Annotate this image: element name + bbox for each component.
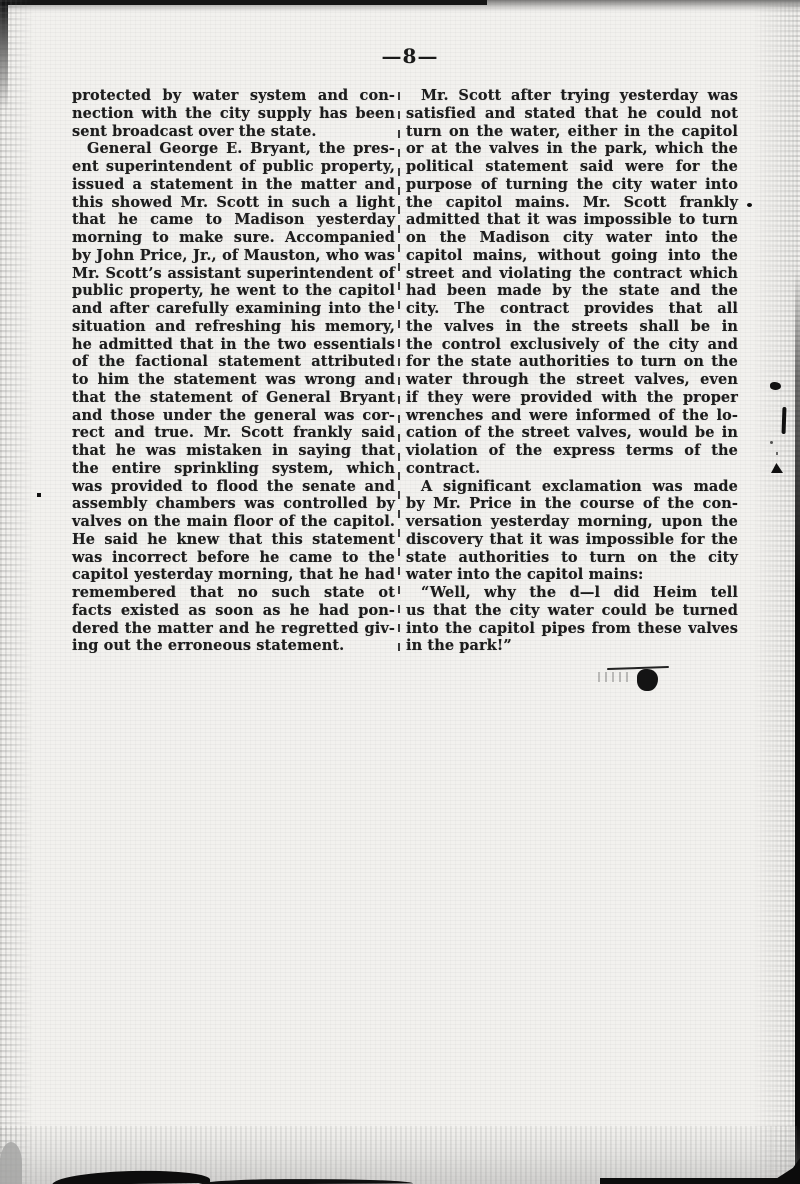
text-line: water through the street valves, even bbox=[406, 371, 738, 389]
text-line: facts existed as soon as he had pon- bbox=[72, 602, 395, 620]
text-line: political statement said were for the bbox=[406, 158, 738, 176]
text-line: of the factional statement attributed bbox=[72, 353, 395, 371]
scan-edge-bottom-left-gray bbox=[0, 1142, 22, 1184]
scan-edge-top-dark-strip bbox=[0, 0, 487, 5]
scan-grain-left bbox=[0, 0, 34, 1184]
text-line: the entire sprinkling system, which bbox=[72, 460, 395, 478]
text-line: discovery that it was impossible for the bbox=[406, 531, 738, 549]
text-line: Mr. Scott’s assistant superintendent of bbox=[72, 265, 395, 283]
margin-ink-mark bbox=[770, 382, 781, 390]
margin-ink-mark bbox=[37, 493, 41, 497]
text-line: satisfied and stated that he could not bbox=[406, 105, 738, 123]
text-line: the capitol mains. Mr. Scott frankly bbox=[406, 194, 738, 212]
text-line: he admitted that in the two essentials bbox=[72, 336, 395, 354]
text-line: us that the city water could be turned bbox=[406, 602, 738, 620]
text-line: that the statement of General Bryant bbox=[72, 389, 395, 407]
text-line: water into the capitol mains: bbox=[406, 566, 738, 584]
text-line: public property, he went to the capitol bbox=[72, 282, 395, 300]
text-line: into the capitol pipes from these valves bbox=[406, 620, 738, 638]
text-line: morning to make sure. Accompanied bbox=[72, 229, 395, 247]
scanned-newspaper-page: —8— protected by water system and con-ne… bbox=[0, 0, 800, 1184]
scan-grain-right bbox=[752, 0, 800, 1184]
text-line: He said he knew that this statement bbox=[72, 531, 395, 549]
margin-ink-mark bbox=[747, 203, 752, 207]
text-line: to him the statement was wrong and bbox=[72, 371, 395, 389]
text-line: that he was mistaken in saying that bbox=[72, 442, 395, 460]
ink-smudge-blob bbox=[637, 669, 658, 691]
text-line: General George E. Bryant, the pres- bbox=[72, 140, 395, 158]
ink-smudge-dots bbox=[598, 672, 632, 682]
text-line: street and violating the contract which bbox=[406, 265, 738, 283]
text-line: turn on the water, either in the capitol bbox=[406, 123, 738, 141]
text-line: wrenches and were informed of the lo- bbox=[406, 407, 738, 425]
text-line: for the state authorities to turn on the bbox=[406, 353, 738, 371]
text-line: was incorrect before he came to the bbox=[72, 549, 395, 567]
text-line: in the park!” bbox=[406, 637, 738, 655]
text-line: by Mr. Price in the course of the con- bbox=[406, 495, 738, 513]
text-line: assembly chambers was controlled by bbox=[72, 495, 395, 513]
ink-smudge-line bbox=[607, 666, 669, 670]
text-line: cation of the street valves, would be in bbox=[406, 424, 738, 442]
text-line: and those under the general was cor- bbox=[72, 407, 395, 425]
text-line: and after carefully examining into the bbox=[72, 300, 395, 318]
text-line: capitol mains, without going into the bbox=[406, 247, 738, 265]
text-line: A significant exclamation was made bbox=[406, 478, 738, 496]
text-line: ent superintendent of public property, bbox=[72, 158, 395, 176]
text-line: situation and refreshing his memory, bbox=[72, 318, 395, 336]
text-line: dered the matter and he regretted giv- bbox=[72, 620, 395, 638]
margin-ink-mark bbox=[776, 452, 778, 455]
text-line: rect and true. Mr. Scott frankly said bbox=[72, 424, 395, 442]
text-line: issued a statement in the matter and bbox=[72, 176, 395, 194]
article-column-right: Mr. Scott after trying yesterday wassati… bbox=[406, 87, 738, 655]
text-line: by John Price, Jr., of Mauston, who was bbox=[72, 247, 395, 265]
text-line: sent broadcast over the state. bbox=[72, 123, 395, 141]
text-line: or at the valves in the park, which the bbox=[406, 140, 738, 158]
text-line: admitted that it was impossible to turn bbox=[406, 211, 738, 229]
text-line: state authorities to turn on the city bbox=[406, 549, 738, 567]
margin-ink-mark bbox=[770, 441, 773, 444]
text-line: had been made by the state and the bbox=[406, 282, 738, 300]
text-line: was provided to flood the senate and bbox=[72, 478, 395, 496]
text-line: Mr. Scott after trying yesterday was bbox=[406, 87, 738, 105]
text-line: the control exclusively of the city and bbox=[406, 336, 738, 354]
column-divider-rule bbox=[398, 92, 400, 660]
text-line: capitol yesterday morning, that he had bbox=[72, 566, 395, 584]
text-line: violation of the express terms of the bbox=[406, 442, 738, 460]
page-number: —8— bbox=[360, 44, 460, 68]
text-line: remembered that no such state ot bbox=[72, 584, 395, 602]
text-line: ing out the erroneous statement. bbox=[72, 637, 395, 655]
text-line: this showed Mr. Scott in such a light bbox=[72, 194, 395, 212]
text-line: “Well, why the d—l did Heim tell bbox=[406, 584, 738, 602]
text-line: versation yesterday morning, upon the bbox=[406, 513, 738, 531]
text-line: nection with the city supply has been bbox=[72, 105, 395, 123]
text-line: if they were provided with the proper bbox=[406, 389, 738, 407]
text-line: contract. bbox=[406, 460, 738, 478]
text-line: that he came to Madison yesterday bbox=[72, 211, 395, 229]
text-line: protected by water system and con- bbox=[72, 87, 395, 105]
text-line: purpose of turning the city water into bbox=[406, 176, 738, 194]
article-column-left: protected by water system and con-nectio… bbox=[72, 87, 395, 655]
scan-edge-right bbox=[795, 270, 800, 1184]
text-line: city. The contract provides that all bbox=[406, 300, 738, 318]
text-line: on the Madison city water into the bbox=[406, 229, 738, 247]
text-line: the valves in the streets shall be in bbox=[406, 318, 738, 336]
text-line: valves on the main floor of the capitol. bbox=[72, 513, 395, 531]
